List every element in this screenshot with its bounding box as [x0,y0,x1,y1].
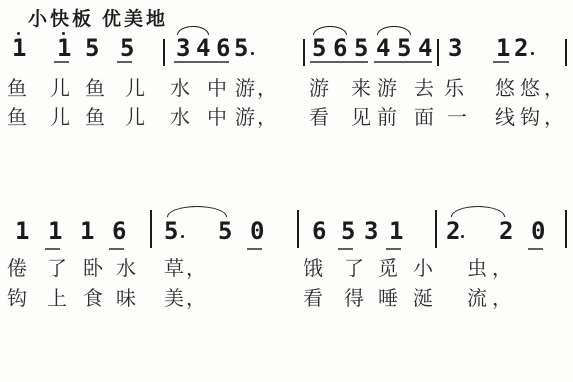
note-digit: 3 [176,36,190,60]
note-digit: 4 [196,36,210,60]
lyric-char: 虫 [467,258,487,280]
lyric-char: ， [257,78,277,100]
sheet-music-page: 小快板 优美地 1155346556545431211165506531220鱼… [0,0,573,382]
note-digit: 3 [448,36,462,60]
lyric-char: 得 [344,288,364,310]
note-underline [109,248,124,250]
note-underline [117,61,132,63]
augmentation-dot [251,52,254,55]
lyric-char: 倦 [7,258,27,280]
note-digit: 2 [499,219,513,243]
note-digit: 6 [312,219,326,243]
octave-dot [62,32,65,35]
lyric-char: 乐 [444,78,464,100]
note-digit: 3 [364,219,378,243]
note-underline [493,61,509,63]
slur-tie-arc [313,26,347,35]
lyric-char: 觅 [378,258,398,280]
note-digit: 6 [112,219,126,243]
lyric-char: 游 [309,78,329,100]
lyric-char: 鱼 [85,107,105,129]
lyric-char: 游 [235,78,255,100]
lyric-char: 钩 [7,288,27,310]
barline [303,39,305,66]
barline [565,210,567,248]
note-digit: 0 [531,219,545,243]
slur-tie-arc [377,26,411,35]
lyric-char: 钩 [520,107,540,129]
expression-marking: 优美地 [102,4,168,26]
lyric-char: 去 [414,78,434,100]
lyric-char: 流 [467,288,487,310]
lyric-char: 看 [303,288,323,310]
lyric-char: ， [186,288,206,310]
lyric-char: 来 [351,78,371,100]
barline [150,210,152,248]
lyric-char: 中 [207,107,227,129]
lyric-char: 游 [377,78,397,100]
note-underline [310,61,368,63]
slur-tie-arc [451,206,505,217]
lyric-char: 水 [170,107,190,129]
lyric-char: 唾 [378,288,398,310]
lyric-char: 涎 [413,288,433,310]
lyric-char: 饿 [303,258,323,280]
lyric-char: 鱼 [7,107,27,129]
note-digit: 1 [80,219,94,243]
note-digit: 2 [446,219,460,243]
note-digit: 0 [250,219,264,243]
lyric-char: 味 [116,288,136,310]
note-underline [528,248,543,250]
note-underline [338,248,353,250]
note-digit: 5 [234,36,248,60]
note-digit: 5 [85,36,99,60]
lyric-char: 了 [344,258,364,280]
lyric-char: ， [492,288,512,310]
note-digit: 5 [218,219,232,243]
note-digit: 6 [333,36,347,60]
lyric-char: 儿 [50,107,70,129]
note-digit: 5 [354,36,368,60]
lyric-char: 前 [377,107,397,129]
note-digit: 1 [12,36,26,60]
augmentation-dot [181,235,184,238]
note-digit: 5 [164,219,178,243]
note-digit: 5 [120,36,134,60]
note-underline [374,61,432,63]
octave-dot [17,32,20,35]
note-digit: 1 [57,36,71,60]
slur-tie-arc [167,206,227,217]
lyric-char: 小 [413,258,433,280]
note-digit: 4 [418,36,432,60]
note-digit: 4 [376,36,390,60]
lyric-char: ， [544,107,564,129]
tempo-marking: 小快板 [28,4,94,26]
note-digit: 1 [48,219,62,243]
note-underline [54,61,69,63]
note-underline [386,248,401,250]
lyric-char: 看 [309,107,329,129]
note-underline [45,248,60,250]
lyric-char: 悠 [520,78,540,100]
lyric-char: 儿 [125,78,145,100]
lyric-char: 儿 [125,107,145,129]
lyric-char: 一 [447,107,467,129]
barline [297,210,299,248]
slur-tie-arc [177,26,209,35]
note-digit: 1 [15,219,29,243]
lyric-char: 上 [47,288,67,310]
note-underline [174,61,229,63]
lyric-char: 见 [351,107,371,129]
lyric-char: 美 [164,288,184,310]
note-digit: 6 [216,36,230,60]
lyric-char: 鱼 [7,78,27,100]
augmentation-dot [531,52,534,55]
barline [163,39,165,66]
note-digit: 2 [514,36,528,60]
note-digit: 5 [341,219,355,243]
note-digit: 1 [496,36,510,60]
lyric-char: 卧 [83,258,103,280]
lyric-char: 水 [170,78,190,100]
lyric-char: 面 [414,107,434,129]
barline [565,39,567,66]
lyric-char: 了 [47,258,67,280]
lyric-char: 儿 [50,78,70,100]
lyric-char: ， [492,258,512,280]
lyric-char: 鱼 [85,78,105,100]
note-underline [247,248,262,250]
lyric-char: ， [544,78,564,100]
note-digit: 1 [389,219,403,243]
lyric-char: 草 [164,258,184,280]
lyric-char: 水 [116,258,136,280]
lyric-char: 游 [235,107,255,129]
lyric-char: 中 [207,78,227,100]
lyric-char: ， [257,107,277,129]
note-digit: 5 [312,36,326,60]
lyric-char: 食 [83,288,103,310]
note-digit: 5 [397,36,411,60]
lyric-char: ， [186,258,206,280]
lyric-char: 线 [495,107,515,129]
barline [437,39,439,66]
augmentation-dot [461,235,464,238]
barline [435,210,437,248]
lyric-char: 悠 [495,78,515,100]
